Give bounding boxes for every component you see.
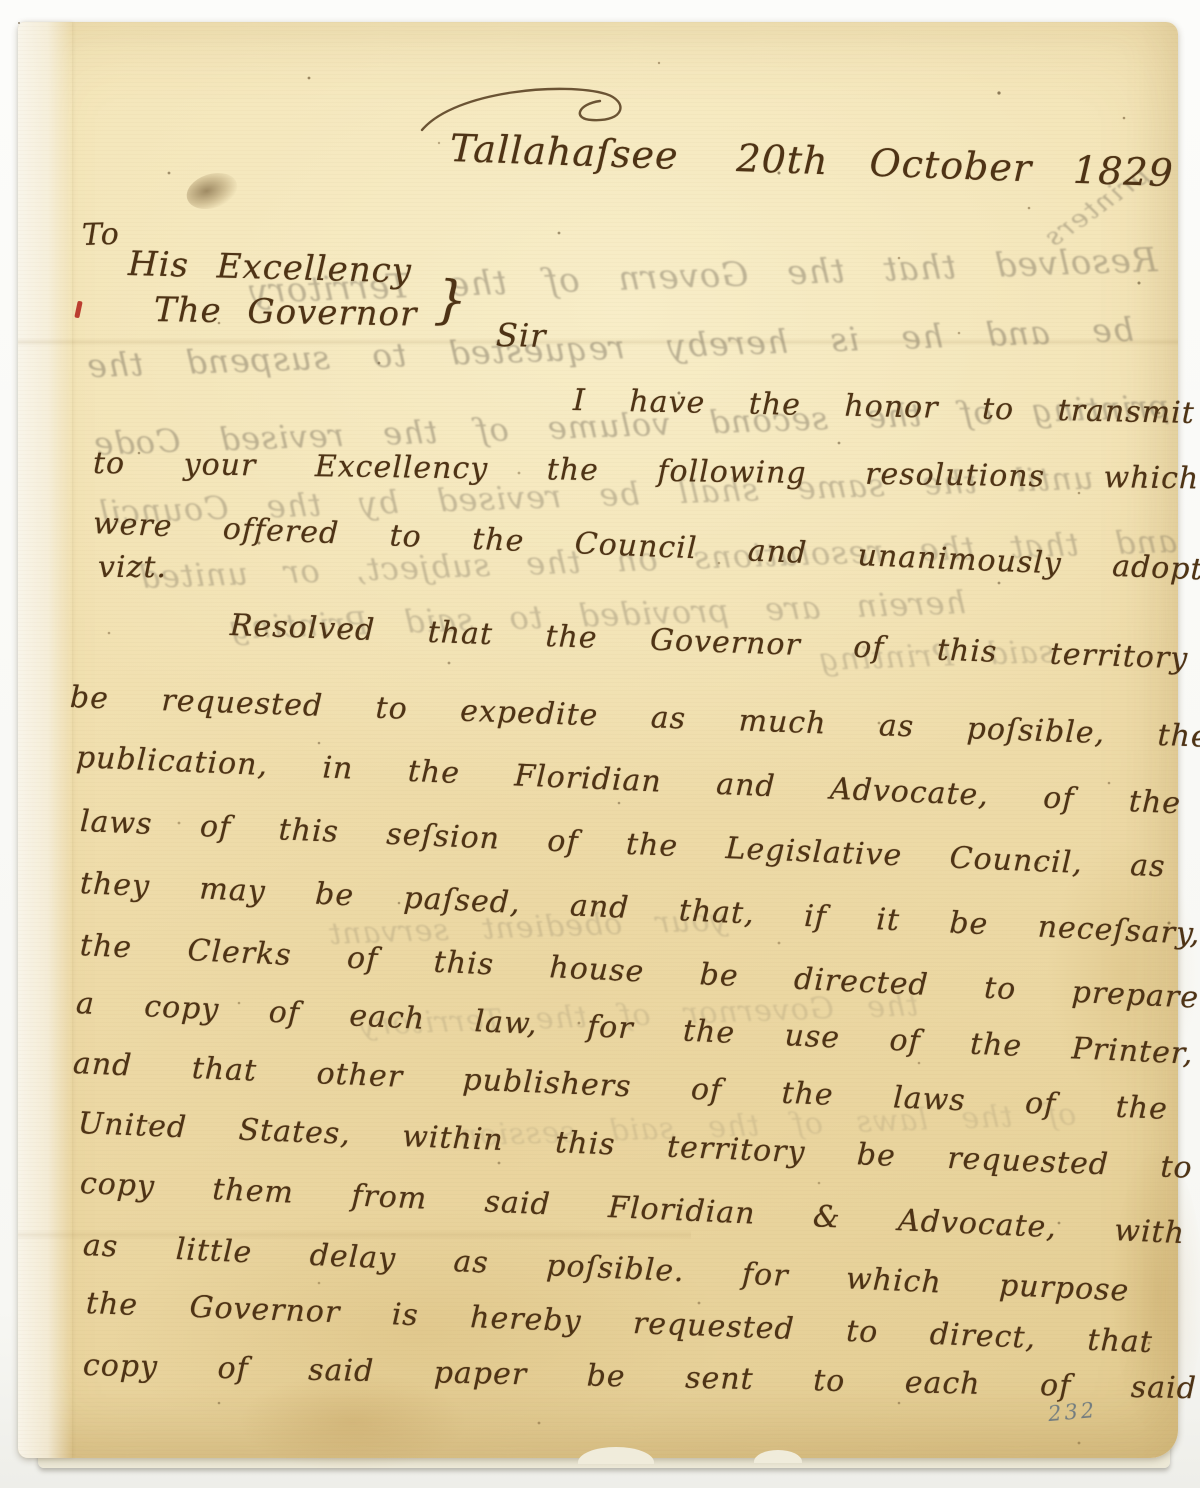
scan-background: Resolved that the Govern of the Territor… <box>0 0 1200 1488</box>
dateline: Tallahaſsee20th October 1829 <box>449 126 1174 195</box>
letter-line: vizt. <box>98 550 167 585</box>
letter-line: publication, in the Floridian and Advoca… <box>75 740 1182 821</box>
letter-line: be requested to expedite as much as poſs… <box>69 680 1200 755</box>
dateline-place: Tallahaſsee <box>449 126 679 178</box>
dateline-date: 20th October 1829 <box>736 136 1175 195</box>
paper-specks <box>18 22 20 24</box>
letter-line: copy of said paper be sent to each of sa… <box>83 1348 1198 1406</box>
archival-page-number: 232 <box>1047 1398 1098 1426</box>
recipient-brace: } <box>433 270 469 331</box>
salutation: Sir <box>496 316 547 355</box>
recipient-addressee: His Excellency <box>127 244 412 291</box>
recipient-to: To <box>81 217 120 253</box>
left-fold-strip <box>18 22 72 1458</box>
recipient-title: The Governor <box>154 290 418 335</box>
ink-blot-stain <box>182 167 242 215</box>
red-ink-mark <box>74 301 82 319</box>
letter-page: Resolved that the Govern of the Territor… <box>18 22 1178 1458</box>
